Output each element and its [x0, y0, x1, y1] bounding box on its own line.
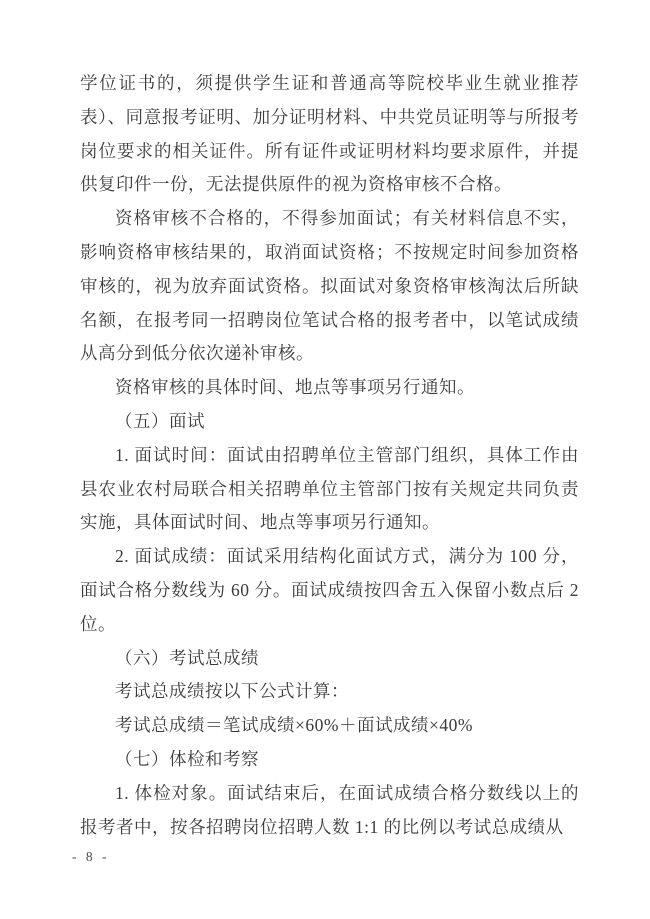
paragraph-review-failure-rules: 资格审核不合格的，不得参加面试；有关材料信息不实，影响资格审核结果的，取消面试资… [80, 202, 579, 371]
page-number: - 8 - [72, 849, 110, 865]
paragraph-review-time-notice: 资格审核的具体时间、地点等事项另行通知。 [80, 371, 579, 405]
paragraph-interview-score: 2. 面试成绩：面试采用结构化面试方式，满分为 100 分，面试合格分数线为 6… [80, 540, 579, 641]
heading-section-7-physical-exam: （七）体检和考察 [80, 743, 579, 777]
paragraph-interview-time: 1. 面试时间：面试由招聘单位主管部门组织，具体工作由县农业农村局联合相关招聘单… [80, 439, 579, 540]
paragraph-certificates-continued: 学位证书的，须提供学生证和普通高等院校毕业生就业推荐表）、同意报考证明、加分证明… [80, 67, 579, 202]
heading-section-6-total-score: （六）考试总成绩 [80, 642, 579, 676]
paragraph-physical-exam-subjects: 1. 体检对象。面试结束后，在面试成绩合格分数线以上的报考者中，按各招聘岗位招聘… [80, 777, 579, 845]
heading-section-5-interview: （五）面试 [80, 405, 579, 439]
paragraph-score-formula: 考试总成绩＝笔试成绩×60%＋面试成绩×40% [80, 709, 579, 743]
document-page: 学位证书的，须提供学生证和普通高等院校毕业生就业推荐表）、同意报考证明、加分证明… [0, 0, 650, 919]
paragraph-formula-intro: 考试总成绩按以下公式计算： [80, 675, 579, 709]
document-body: 学位证书的，须提供学生证和普通高等院校毕业生就业推荐表）、同意报考证明、加分证明… [80, 67, 579, 844]
